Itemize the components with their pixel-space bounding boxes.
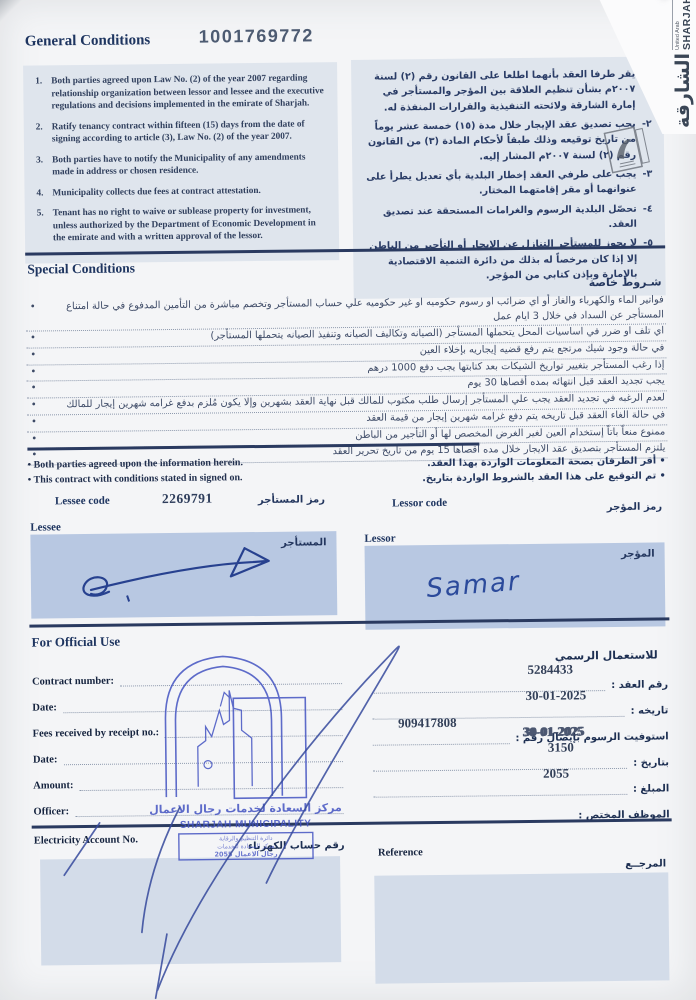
lessee-code-value: 2269791 bbox=[162, 491, 213, 508]
general-conditions-en-panel: 1. Both parties agreed upon Law No. (2) … bbox=[23, 62, 339, 264]
agreement-statement-ar: تم التوقيع على هذا العقد بالشروط الواردة… bbox=[360, 469, 666, 487]
official-use-field-ar: المبلغ : 2055 bbox=[373, 768, 669, 797]
reference-label-ar: المرجــع bbox=[625, 858, 666, 869]
special-conditions-title-ar: شـروط خاصة bbox=[589, 275, 662, 289]
blank-line[interactable] bbox=[373, 729, 510, 746]
field-value: 2055 bbox=[543, 766, 569, 782]
reference-box[interactable] bbox=[374, 872, 669, 983]
electricity-account-box[interactable] bbox=[40, 856, 341, 965]
corner-sharjah-text: SHARJAH bbox=[681, 0, 693, 50]
agreement-statement: This contract with conditions stated in … bbox=[28, 470, 338, 488]
lessor-code-label: Lessor code bbox=[392, 497, 447, 510]
lessor-code-label-ar: رمز المؤجر bbox=[607, 501, 662, 513]
official-use-field-ar: استوفيت الرسوم بإيصال رقم : 909417808 30… bbox=[372, 716, 668, 745]
official-use-field: Officer: bbox=[33, 788, 343, 818]
general-condition-item-en: 3. Both parties have to notify the Munic… bbox=[36, 151, 326, 179]
blank-line[interactable] bbox=[63, 747, 343, 765]
lessee-code-label-ar: رمز المستأجر bbox=[258, 494, 325, 506]
general-condition-item-ar: ١- يقر طرفا العقد بأنهما اطلعا على القان… bbox=[363, 67, 652, 116]
scanned-contract-page: General Conditions 1001769772 1. Both pa… bbox=[0, 0, 696, 1000]
agreement-statements-en: Both parties agreed upon the information… bbox=[28, 455, 338, 488]
official-use-field: Fees received by receipt no.: bbox=[32, 710, 342, 740]
official-use-left-column: Contract number: Date: Fees received by … bbox=[32, 658, 344, 818]
electricity-account-label: Electricity Account No. bbox=[34, 834, 138, 846]
blank-line[interactable] bbox=[120, 669, 342, 687]
reference-label: Reference bbox=[378, 847, 423, 859]
lessee-signature-box[interactable]: المستأجر bbox=[30, 531, 337, 618]
general-condition-item-en: 4. Municipality collects due fees at con… bbox=[36, 184, 326, 200]
blank-line[interactable] bbox=[165, 721, 343, 738]
corner-emirate-text: الشارقة bbox=[672, 53, 694, 128]
official-use-field-ar: رقم العقد : 5284433 bbox=[372, 664, 668, 693]
lessee-label: Lessee bbox=[30, 521, 61, 533]
field-value: 3150 bbox=[548, 739, 574, 755]
general-condition-item-ar: ٤- تحصّل البلدية الرسوم والغرامات المستح… bbox=[365, 201, 653, 235]
official-use-title: For Official Use bbox=[32, 634, 121, 651]
section-divider bbox=[32, 818, 672, 828]
agreement-statements-ar: أقر الطرفان بصحة المعلومات الواردة بهذا … bbox=[360, 454, 666, 487]
blank-line[interactable] bbox=[79, 773, 343, 791]
general-condition-item-ar: ٣- يجب على طرفي العقد إخطار البلدية بأي … bbox=[364, 167, 652, 201]
blank-line[interactable] bbox=[63, 695, 343, 713]
lessor-label: Lessor bbox=[364, 532, 395, 544]
overprinted-value: 30-01-2025 bbox=[523, 723, 584, 740]
special-conditions-title: Special Conditions bbox=[27, 260, 135, 277]
lessee-code-label: Lessee code bbox=[55, 495, 110, 508]
document-number: 1001769772 bbox=[199, 25, 314, 47]
general-condition-item-en: 5. Tenant has no right to waive or suble… bbox=[37, 205, 327, 246]
field-value: 5284433 bbox=[527, 661, 573, 678]
official-use-field: Contract number: bbox=[32, 658, 342, 688]
official-use-field: Date: bbox=[32, 684, 342, 714]
general-condition-item-en: 2. Ratify tenancy contract within fiftee… bbox=[36, 118, 326, 146]
official-use-field-ar: بتاريخ : 3150 bbox=[373, 742, 669, 771]
official-use-right-column: رقم العقد : 5284433 تاريخه : 30-01-2025 … bbox=[372, 664, 670, 823]
general-condition-item-en: 1. Both parties agreed upon Law No. (2) … bbox=[35, 72, 325, 113]
official-use-field: Amount: bbox=[33, 762, 343, 792]
lessor-signature-box[interactable]: المؤجر Samar bbox=[365, 542, 666, 629]
field-value: 909417808 bbox=[398, 715, 457, 732]
general-conditions-title: General Conditions bbox=[25, 32, 151, 50]
special-conditions-list: فواتير الماء والكهرباء والغاز أو اي ضرائ… bbox=[26, 293, 668, 465]
lessor-signature-ink: Samar bbox=[365, 542, 666, 629]
official-use-field: Date: bbox=[33, 736, 343, 766]
electricity-account-label-ar: رقم حساب الكهرباء bbox=[248, 840, 345, 852]
blank-line[interactable] bbox=[75, 799, 344, 817]
lessee-signature-ink bbox=[30, 531, 337, 618]
field-value: 30-01-2025 bbox=[525, 687, 586, 704]
svg-text:Samar: Samar bbox=[425, 567, 522, 605]
